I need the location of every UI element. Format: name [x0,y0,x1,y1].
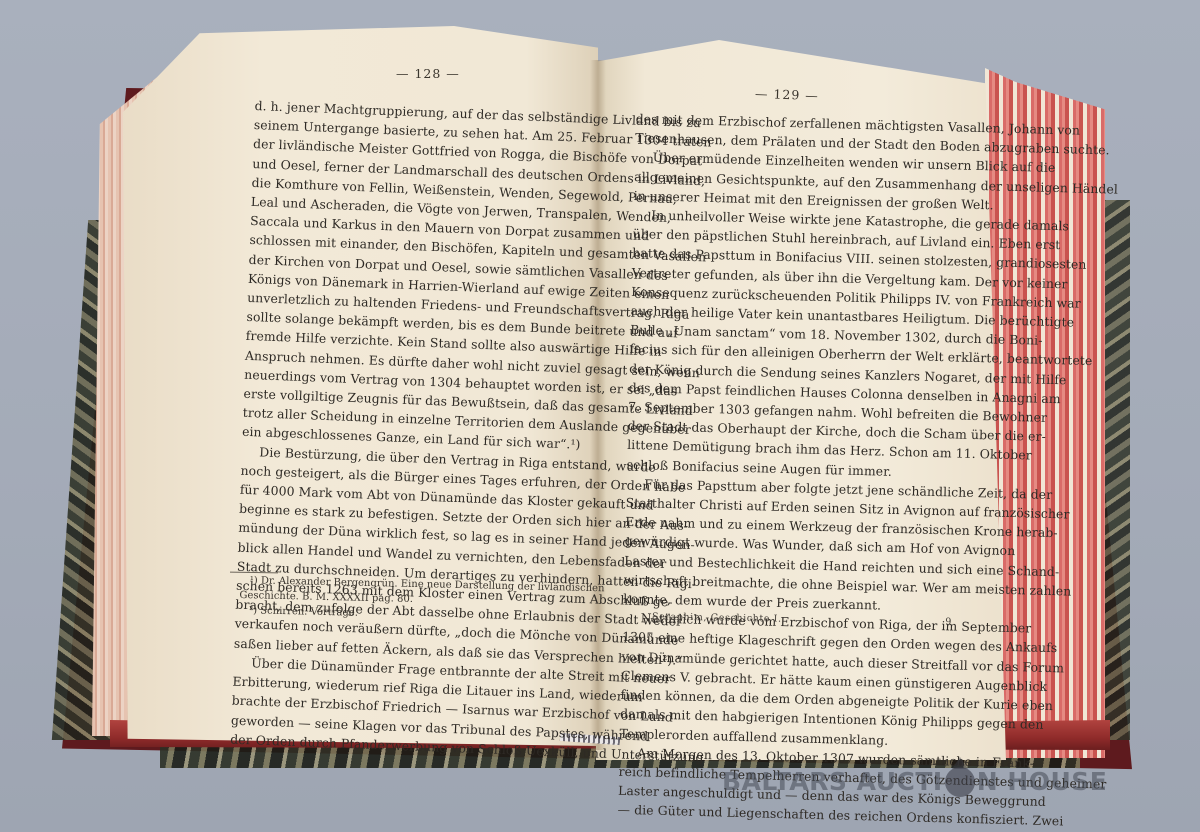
left-page-body-text: d. h. jener Machtgruppierung, auf der da… [230,96,585,761]
page-number-right: — 129 — [755,86,819,103]
book-photo: — 128 — — 129 — d. h. jener Machtgruppie… [0,0,1200,832]
watermark-text-end: N HOUSE [977,767,1108,796]
page-number-left: — 128 — [396,66,460,81]
signature-title: Seraphim, Geschichte I. [652,611,782,624]
watermark: BALTARS AUCTI N HOUSE [722,766,1107,796]
watermark-text-start: BALTARS AUCTI [722,767,943,796]
right-page-body-text: des mit dem Erzbischof zerfallenen mächt… [617,109,1005,829]
footnotes: ¹) Dr. Alexander Bergengrün. Eine neue D… [239,573,590,626]
crown-emblem-icon [945,767,975,797]
signature-mark: 9 [945,617,952,628]
